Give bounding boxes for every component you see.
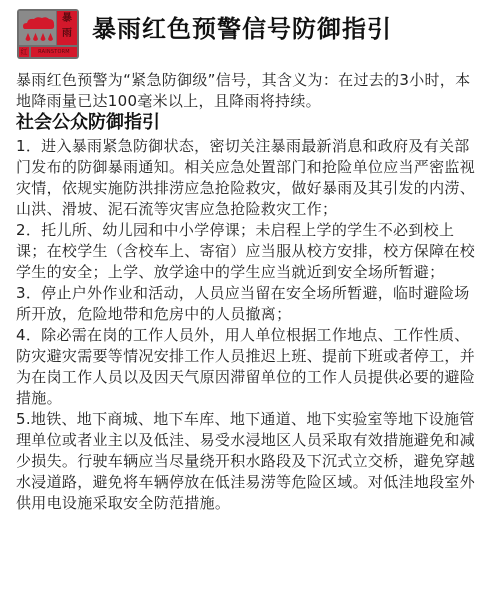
guideline-item-4: 4．除必需在岗的工作人员外，用人单位根据工作地点、工作性质、防灾避灾需要等情况安…: [16, 325, 478, 409]
icon-char-top: 暴: [57, 11, 77, 26]
guideline-item-1: 1．进入暴雨紧急防御状态，密切关注暴雨最新消息和政府及有关部门发布的防御暴雨通知…: [16, 136, 478, 220]
guideline-item-2: 2．托儿所、幼儿园和中小学停课；未启程上学的学生不必到校上课；在校学生（含校车上…: [16, 220, 478, 283]
guideline-item-3: 3．停止户外作业和活动，人员应当留在安全场所暂避，临时避险场所开放，危险地带和危…: [16, 283, 478, 325]
raindrops-icon: [24, 33, 54, 43]
cloud-icon: [23, 16, 55, 30]
icon-bottom-bar: 红 RAINSTORM: [19, 47, 77, 57]
cloud-panel: [19, 11, 56, 45]
guideline-item-5: 5.地铁、地下商城、地下车库、地下通道、地下实验室等地下设施管理单位或者业主以及…: [16, 409, 478, 514]
intro-paragraph: 暴雨红色预警为“紧急防御级”信号，其含义为：在过去的3小时，本地降雨量已达100…: [16, 70, 478, 112]
section-heading: 社会公众防御指引: [16, 112, 478, 134]
icon-chinese-label: 暴 雨: [57, 11, 77, 45]
page-title: 暴雨红色预警信号防御指引: [92, 13, 392, 45]
icon-level-label: 红: [19, 47, 29, 57]
icon-english-label: RAINSTORM: [31, 47, 77, 57]
rainstorm-warning-icon: 暴 雨 红 RAINSTORM: [17, 9, 79, 59]
document-body: 暴雨红色预警为“紧急防御级”信号，其含义为：在过去的3小时，本地降雨量已达100…: [16, 70, 478, 514]
header: 暴 雨 红 RAINSTORM 暴雨红色预警信号防御指引: [0, 0, 489, 64]
icon-char-mid: 雨: [57, 26, 77, 41]
